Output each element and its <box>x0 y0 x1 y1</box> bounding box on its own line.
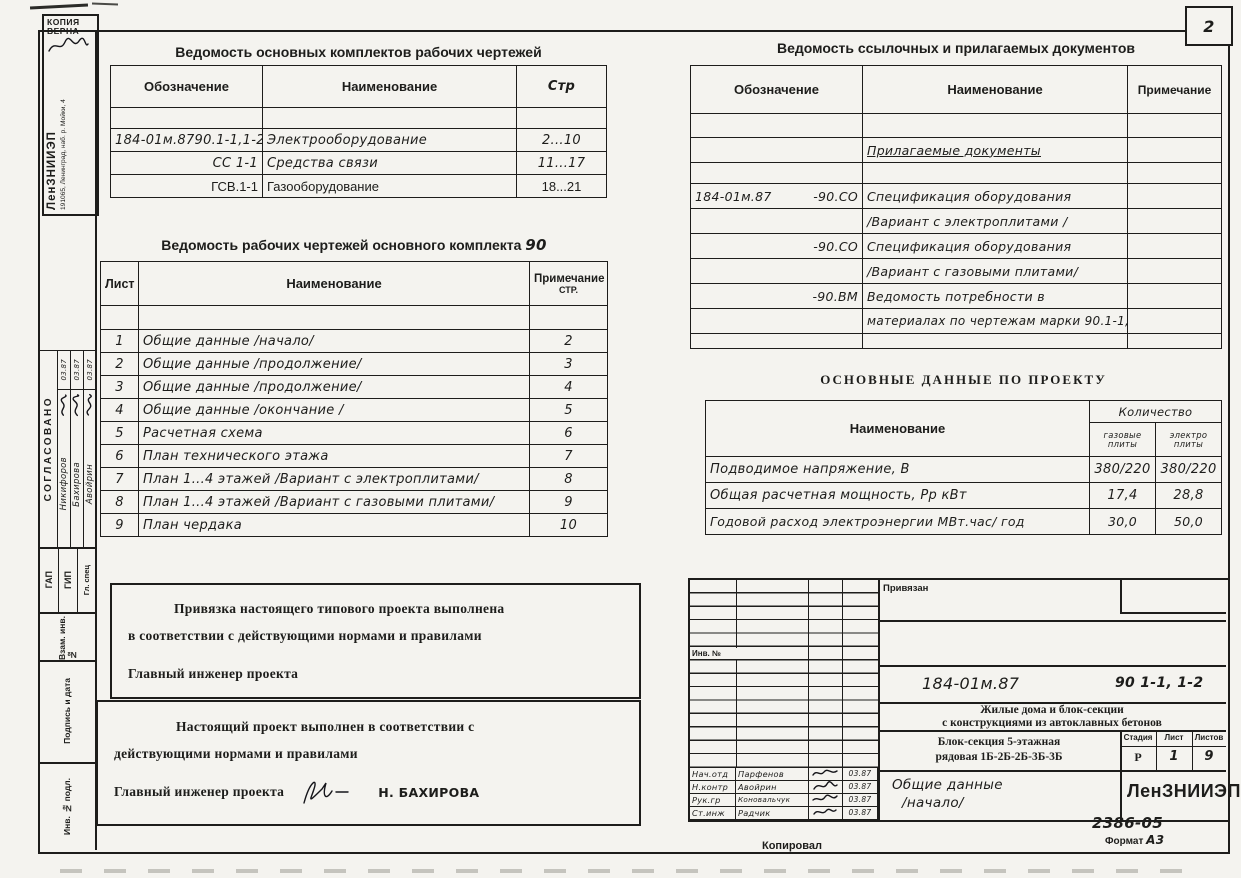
cell-pages: 11...17 <box>517 152 607 175</box>
empty-cell <box>101 306 139 330</box>
empty-cell <box>1128 259 1222 284</box>
col-note: Примечание <box>1128 66 1222 114</box>
empty-cell <box>1128 209 1222 234</box>
refs-title: Ведомость ссылочных и прилагаемых докуме… <box>690 40 1222 56</box>
cell-designation <box>691 209 863 234</box>
table-row: 4Общие данные /окончание /5 <box>101 399 608 422</box>
cell-note: 8 <box>530 468 608 491</box>
cell-designation: 184-01м.87-90.СО <box>691 184 863 209</box>
signer-label: Главный инженер проекта <box>112 649 639 682</box>
frame-label-cell: Взам. инв. № <box>38 612 95 660</box>
scan-artifact <box>60 869 1200 873</box>
project-data-table: Наименование Количество газовые плиты эл… <box>705 400 1222 535</box>
cell-name: План технического этажа <box>139 445 530 468</box>
grid-line <box>1120 746 1226 747</box>
cell-note: 10 <box>530 514 608 537</box>
table-row: -90.СО Спецификация оборудования <box>691 234 1222 259</box>
empty-cell <box>530 306 608 330</box>
binding-note-box: Привязка настоящего типового проекта вып… <box>110 583 641 699</box>
cell-gas: 17,4 <box>1089 483 1155 509</box>
doc-mark: -90.СО <box>813 239 858 254</box>
cell-sheet: 4 <box>101 399 139 422</box>
table-row: Общая расчетная мощность, Рр кВт17,428,8 <box>706 483 1222 509</box>
refs-table: Обозначение Наименование Примечание Прил… <box>690 65 1222 349</box>
col-name: Наименование <box>139 262 530 306</box>
cell-sheet: 2 <box>101 353 139 376</box>
col-note-sub: СТР. <box>534 285 603 295</box>
col-sheet: Лист <box>101 262 139 306</box>
col-electric: электро плиты <box>1155 423 1221 457</box>
grid-line <box>878 770 1226 772</box>
empty-cell <box>691 163 863 184</box>
empty-cell <box>691 138 863 163</box>
sheets-section: Ведомость рабочих чертежей основного ком… <box>100 236 608 537</box>
signer-label: Главный инженер проекта <box>114 784 284 800</box>
spacer-row <box>691 114 1222 138</box>
stage-value: Р <box>1120 750 1156 765</box>
agreed-role: Гл. спец <box>77 547 96 613</box>
cell-electric: 50,0 <box>1155 509 1221 535</box>
table-row: 5Расчетная схема6 <box>101 422 608 445</box>
signature-scribble <box>296 775 366 809</box>
cell-electric: 28,8 <box>1155 483 1221 509</box>
inv-number-label: Инв. № <box>692 648 804 659</box>
agreed-role: ГАП <box>39 547 58 613</box>
frame-labels-strip: Взам. инв. № Подпись и дата Инв. № подл. <box>38 612 95 850</box>
format-value: А3 <box>1146 833 1164 847</box>
empty-cell <box>1128 138 1222 163</box>
copy-stamp: КОПИЯ ВЕРНА <box>47 18 80 36</box>
spacer-row <box>691 163 1222 184</box>
page-number: 2 <box>1203 17 1214 36</box>
sheet-code: 90 1-1, 1-2 <box>1115 675 1203 691</box>
cell-note: 9 <box>530 491 608 514</box>
frame-label-cell: Подпись и дата <box>38 660 95 762</box>
staff-date: 03.87 <box>843 793 878 806</box>
cell-name: Спецификация оборудования <box>863 184 1128 209</box>
header-row: Наименование Количество <box>706 401 1222 423</box>
cell-electric: 380/220 <box>1155 457 1221 483</box>
staff-role: Рук.гр <box>690 793 736 806</box>
org-name-vertical: ЛенЗНИИЭП <box>46 60 58 210</box>
agreed-name: Авойрин <box>83 421 96 547</box>
kopiroval-label: Копировал <box>762 840 822 852</box>
cell-name: Электрооборудование <box>263 129 517 152</box>
col-gas: газовые плиты <box>1089 423 1155 457</box>
spacer-row <box>691 334 1222 349</box>
title-block-grid <box>690 580 878 767</box>
col-name: Наименование <box>863 66 1128 114</box>
staff-signature <box>809 806 843 819</box>
grid-line <box>878 580 880 820</box>
main-sets-table: Обозначение Наименование Стр 184-01м.879… <box>110 65 607 198</box>
table-row: 184-01м.87-90.СО Спецификация оборудован… <box>691 184 1222 209</box>
stage-label: Стадия <box>1120 733 1156 742</box>
empty-cell <box>1128 184 1222 209</box>
cell-name: материалах по чертежам марки 90.1-1, 1-2 <box>863 309 1128 334</box>
table-row: /Вариант с газовыми плитами/ <box>691 259 1222 284</box>
format-label-row: Формат А3 <box>1105 833 1164 847</box>
staff-role: Нач.отд <box>690 767 736 780</box>
agreed-name: Никифоров <box>57 421 70 547</box>
empty-cell <box>1128 309 1222 334</box>
signature-scribble <box>811 807 839 817</box>
scan-artifact <box>30 3 88 9</box>
cell-designation <box>691 309 863 334</box>
doc-number-handwritten: 2386-05 <box>1092 814 1163 832</box>
table-row: /Вариант с электроплитами / <box>691 209 1222 234</box>
staff-name: Парфенов <box>736 767 809 780</box>
signature-scribble <box>811 768 839 778</box>
cell-name: Общие данные /начало/ <box>139 330 530 353</box>
staff-signature-table: Нач.отдПарфенов03.87 Н.контрАвойрин03.87… <box>689 767 878 820</box>
frame-label-cell: Инв. № подл. <box>38 762 95 850</box>
cell-note: 6 <box>530 422 608 445</box>
staff-name: Радчик <box>736 806 809 819</box>
binding-note-text: Привязка настоящего типового проекта вып… <box>112 585 639 649</box>
object-name: Блок-секция 5-этажная рядовая 1Б-2Б-2Б-3… <box>880 735 1118 765</box>
agreed-label: СОГЛАСОВАНО <box>43 396 54 501</box>
empty-cell <box>863 163 1128 184</box>
copy-stamp-line: ВЕРНА <box>47 27 80 36</box>
cell-designation: 184-01м.8790.1-1,1-2 <box>111 129 263 152</box>
cell-sheet: 8 <box>101 491 139 514</box>
privyazan-label: Привязан <box>883 583 928 594</box>
cell-sheet: 5 <box>101 422 139 445</box>
table-row: 3Общие данные /продолжение/4 <box>101 376 608 399</box>
empty-cell <box>691 334 863 349</box>
title-block: Инв. № Нач.отдПарфенов03.87 Н.контрАвойр… <box>688 578 1230 822</box>
grid-line <box>878 665 1226 667</box>
project-note-text: Настоящий проект выполнен в соответствии… <box>98 702 639 767</box>
cell-name: Общие данные /продолжение/ <box>139 353 530 376</box>
cell-name: Газооборудование <box>263 175 517 198</box>
cell-sheet: 1 <box>101 330 139 353</box>
cell-sheet: 6 <box>101 445 139 468</box>
col-note: ПримечаниеСТР. <box>530 262 608 306</box>
main-sets-title: Ведомость основных комплектов рабочих че… <box>110 44 607 60</box>
grid-line <box>808 580 809 767</box>
cell-name: Расчетная схема <box>139 422 530 445</box>
staff-role: Н.контр <box>690 780 736 793</box>
empty-cell <box>263 108 517 129</box>
table-row: Подводимое напряжение, В380/220380/220 <box>706 457 1222 483</box>
staff-signature <box>809 780 843 793</box>
agreed-date: 03.87 <box>57 351 70 389</box>
staff-row: Нач.отдПарфенов03.87 <box>690 767 878 780</box>
staff-row: Рук.грКоновальчук03.87 <box>690 793 878 806</box>
scan-artifact <box>92 3 118 6</box>
table-row: ГСВ.1-1 Газооборудование 18...21 <box>111 175 607 198</box>
cell-sheet: 9 <box>101 514 139 537</box>
org-vertical-block: ЛенЗНИИЭП 191065, Ленинград, наб. р. Мой… <box>46 60 67 210</box>
agreed-label-cell: СОГЛАСОВАНО <box>39 351 57 547</box>
table-row: 1Общие данные /начало/2 <box>101 330 608 353</box>
cell-name: Средства связи <box>263 152 517 175</box>
format-label: Формат <box>1105 836 1143 847</box>
sheet-value: 1 <box>1156 749 1192 764</box>
cell-sheet: 3 <box>101 376 139 399</box>
staff-row: Ст.инжРадчик03.87 <box>690 806 878 819</box>
cell-designation: -90.ВМ <box>691 284 863 309</box>
agreed-date: 03.87 <box>70 351 83 389</box>
cell-name: Ведомость потребности в <box>863 284 1128 309</box>
spacer-row <box>111 108 607 129</box>
cell-name: Спецификация оборудования <box>863 234 1128 259</box>
cell-name: /Вариант с электроплитами / <box>863 209 1128 234</box>
grid-line <box>878 620 1226 622</box>
doc-code: 184-01м.87 <box>922 674 1019 693</box>
header-row: Обозначение Наименование Стр <box>111 66 607 108</box>
cell-note: 2 <box>530 330 608 353</box>
cell-name: Общая расчетная мощность, Рр кВт <box>706 483 1090 509</box>
cell-designation: -90.СО <box>691 234 863 259</box>
cell-designation: ГСВ.1-1 <box>111 175 263 198</box>
col-designation: Обозначение <box>111 66 263 108</box>
set-mark: 90 <box>525 236 546 254</box>
cell-name: Общие данные /продолжение/ <box>139 376 530 399</box>
staff-role: Ст.инж <box>690 806 736 819</box>
header-row: Обозначение Наименование Примечание <box>691 66 1222 114</box>
cell-name: Подводимое напряжение, В <box>706 457 1090 483</box>
table-row: СС 1-1 Средства связи 11...17 <box>111 152 607 175</box>
project-name: Жилые дома и блок-секции с конструкциями… <box>878 704 1226 730</box>
org-address-vertical: 191065, Ленинград, наб. р. Мойки, 4 <box>60 60 67 210</box>
sheets-value: 9 <box>1192 749 1226 764</box>
sheets-title: Ведомость рабочих чертежей основного ком… <box>100 236 608 254</box>
empty-cell <box>1128 284 1222 309</box>
table-row: 2Общие данные /продолжение/3 <box>101 353 608 376</box>
empty-cell <box>1128 334 1222 349</box>
table-row: 8План 1...4 этажей /Вариант с газовыми п… <box>101 491 608 514</box>
doc-mark: -90.ВМ <box>812 289 858 304</box>
cell-name: План 1...4 этажей /Вариант с электроплит… <box>139 468 530 491</box>
project-note-box: Настоящий проект выполнен в соответствии… <box>96 700 641 826</box>
section-header: Прилагаемые документы <box>863 138 1128 163</box>
project-data-section: ОСНОВНЫЕ ДАННЫЕ ПО ПРОЕКТУ Наименование … <box>705 372 1222 535</box>
grid-line <box>1120 730 1122 820</box>
cell-name: Годовой расход электроэнергии МВт.час/ г… <box>706 509 1090 535</box>
designation: 184-01м.87 <box>695 189 772 204</box>
sheets-table: Лист Наименование ПримечаниеСТР. 1Общие … <box>100 261 608 537</box>
col-name: Наименование <box>263 66 517 108</box>
cell-note: 5 <box>530 399 608 422</box>
grid-line <box>878 730 1226 732</box>
table-row: 184-01м.8790.1-1,1-2 Электрооборудование… <box>111 129 607 152</box>
signer-name: Н. БАХИРОВА <box>378 785 479 800</box>
col-name: Наименование <box>706 401 1090 457</box>
signature-scribble <box>811 794 839 804</box>
agreed-date: 03.87 <box>83 351 96 389</box>
table-row: материалах по чертежам марки 90.1-1, 1-2 <box>691 309 1222 334</box>
empty-cell <box>517 108 607 129</box>
signature-scribble <box>811 781 839 791</box>
cell-name: Общие данные /окончание / <box>139 399 530 422</box>
empty-cell <box>1128 114 1222 138</box>
col-quantity: Количество <box>1089 401 1221 423</box>
table-row: 6План технического этажа7 <box>101 445 608 468</box>
sheet-label: Лист <box>1156 733 1192 742</box>
agreed-name: Бахирова <box>70 421 83 547</box>
grid-line <box>1120 580 1122 612</box>
empty-cell <box>863 334 1128 349</box>
main-sets-section: Ведомость основных комплектов рабочих че… <box>110 44 607 198</box>
agreed-role: ГИП <box>58 547 77 613</box>
empty-cell <box>1128 163 1222 184</box>
cell-name: /Вариант с газовыми плитами/ <box>863 259 1128 284</box>
staff-row: Н.контрАвойрин03.87 <box>690 780 878 793</box>
staff-signature <box>809 767 843 780</box>
col-designation: Обозначение <box>691 66 863 114</box>
grid-line <box>57 389 96 390</box>
org-name: ЛенЗНИИЭП <box>1127 781 1241 802</box>
staff-date: 03.87 <box>843 767 878 780</box>
empty-cell <box>111 108 263 129</box>
scanned-drawing-sheet: 2 КОПИЯ ВЕРНА ЛенЗНИИЭП 191065, Ленингра… <box>0 0 1241 878</box>
cell-gas: 380/220 <box>1089 457 1155 483</box>
signature-scribble <box>46 36 90 56</box>
empty-cell <box>1128 234 1222 259</box>
cell-designation <box>691 259 863 284</box>
designation: 184-01м.87 <box>115 133 195 148</box>
cell-note: 4 <box>530 376 608 399</box>
header-row: Лист Наименование ПримечаниеСТР. <box>101 262 608 306</box>
cell-pages: 2...10 <box>517 129 607 152</box>
approval-strip: СОГЛАСОВАНО 03.87 03.87 03.87 Никифоров … <box>38 350 97 614</box>
signer-row: Главный инженер проекта Н. БАХИРОВА <box>98 767 639 809</box>
copy-stamp-box: КОПИЯ ВЕРНА ЛенЗНИИЭП 191065, Ленинград,… <box>42 14 99 216</box>
sheet-content-title: Общие данные /начало/ <box>892 776 1003 812</box>
staff-name: Авойрин <box>736 780 809 793</box>
cell-note: 3 <box>530 353 608 376</box>
col-pages: Стр <box>517 66 607 108</box>
table-row: -90.ВМ Ведомость потребности в <box>691 284 1222 309</box>
table-row: Годовой расход электроэнергии МВт.час/ г… <box>706 509 1222 535</box>
spacer-row <box>101 306 608 330</box>
cell-name: План чердака <box>139 514 530 537</box>
empty-cell <box>691 114 863 138</box>
empty-cell <box>139 306 530 330</box>
set-mark: СС 1-1 <box>213 156 258 171</box>
cell-designation: СС 1-1 <box>111 152 263 175</box>
cell-name: План 1...4 этажей /Вариант с газовыми пл… <box>139 491 530 514</box>
staff-signature <box>809 793 843 806</box>
empty-cell <box>863 114 1128 138</box>
table-row: 9План чердака10 <box>101 514 608 537</box>
staff-name: Коновальчук <box>736 793 809 806</box>
staff-date: 03.87 <box>843 780 878 793</box>
cell-sheet: 7 <box>101 468 139 491</box>
table-row: 7План 1...4 этажей /Вариант с электропли… <box>101 468 608 491</box>
doc-mark: -90.СО <box>813 189 858 204</box>
grid-line <box>842 580 843 767</box>
staff-date: 03.87 <box>843 806 878 819</box>
sheets-label: Листов <box>1192 733 1226 742</box>
grid-line <box>736 580 737 767</box>
project-data-title: ОСНОВНЫЕ ДАННЫЕ ПО ПРОЕКТУ <box>705 372 1222 388</box>
grid-line <box>1120 612 1226 614</box>
set-mark: 90.1-1,1-2 <box>195 133 263 148</box>
cell-pages: 18...21 <box>517 175 607 198</box>
cell-note: 7 <box>530 445 608 468</box>
set-mark: ГСВ.1-1 <box>211 179 258 194</box>
cell-gas: 30,0 <box>1089 509 1155 535</box>
refs-section: Ведомость ссылочных и прилагаемых докуме… <box>690 40 1222 349</box>
section-header-row: Прилагаемые документы <box>691 138 1222 163</box>
